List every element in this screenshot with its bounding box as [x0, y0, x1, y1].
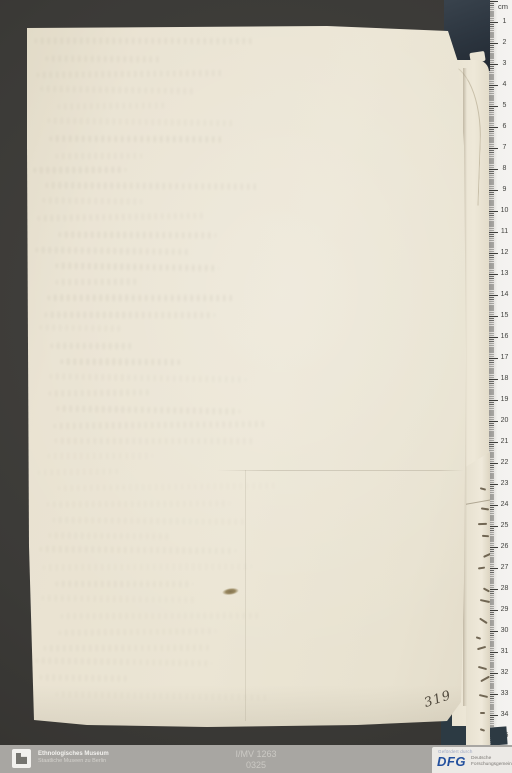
ruler-number: 15 [497, 312, 512, 320]
ruler-number: 19 [497, 396, 512, 404]
dfg-logo-block: Gefördert durch DFG Deutsche Forschungsg… [432, 747, 512, 773]
bleedthrough-row [61, 612, 259, 618]
vertical-crease [245, 470, 246, 721]
ruler-number: 27 [497, 564, 512, 572]
ruler-number: 23 [497, 480, 512, 488]
bleedthrough-row [57, 405, 240, 414]
bleedthrough-row [34, 167, 126, 173]
bleedthrough-row [42, 595, 197, 603]
ruler-number: 7 [497, 144, 512, 152]
bleedthrough-row [35, 658, 211, 667]
bleedthrough-row [58, 482, 276, 490]
bleedthrough-row [53, 517, 245, 525]
bleedthrough-row [48, 117, 235, 126]
ruler-number: 5 [497, 102, 512, 110]
ruler-number: 34 [497, 711, 512, 719]
bleedthrough-row [46, 55, 160, 62]
binding-cloth-corner [489, 726, 507, 745]
bleedthrough-row [59, 231, 216, 238]
ruler-number: 2 [497, 39, 512, 47]
ruler-number: 29 [497, 606, 512, 614]
bleedthrough-row [50, 135, 225, 142]
ruler: cm 1234567891011121314151617181920212223… [488, 0, 512, 745]
bleedthrough-row [40, 546, 236, 554]
stack-handwriting-mark [478, 666, 487, 670]
bleedthrough-row [44, 645, 209, 652]
stack-handwriting-mark [480, 712, 485, 714]
ruler-number: 4 [497, 81, 512, 89]
ruler-number: 21 [497, 438, 512, 446]
stack-handwriting-mark [476, 636, 481, 639]
bleedthrough-row [55, 438, 255, 444]
bleedthrough-row [35, 38, 252, 44]
bleedthrough-row [56, 263, 219, 272]
manuscript-page: 319 [27, 26, 466, 727]
ruler-number: 3 [497, 60, 512, 68]
ruler-number: 31 [497, 648, 512, 656]
ruler-number: 17 [497, 354, 512, 362]
bleedthrough-row [47, 500, 230, 507]
bleedthrough-row [59, 628, 216, 636]
stack-handwriting-mark [481, 507, 489, 510]
bleedthrough-row [38, 213, 207, 222]
bleedthrough-row [61, 359, 180, 366]
bleedthrough-row [40, 675, 130, 682]
bleedthrough-row [54, 421, 268, 429]
ruler-number: 28 [497, 585, 512, 593]
bleedthrough-row [48, 453, 153, 459]
stack-handwriting-mark [480, 599, 490, 603]
dfg-full-name: Deutsche Forschungsgemeinschaft [471, 756, 512, 767]
ruler-number: 12 [497, 249, 512, 257]
scan-viewport: cm 1234567891011121314151617181920212223… [0, 0, 512, 773]
bleedthrough-row [43, 198, 142, 205]
ruler-number: 11 [497, 228, 512, 236]
stack-handwriting-mark [479, 694, 488, 698]
ruler-number: 30 [497, 627, 512, 635]
ruler-number: 18 [497, 375, 512, 383]
stack-handwriting-mark [483, 588, 490, 593]
ruler-number: 9 [497, 186, 512, 194]
ruler-number: 32 [497, 669, 512, 677]
stack-handwriting-mark [479, 618, 488, 624]
ruler-number: 10 [497, 207, 512, 215]
bleedthrough-row [45, 311, 215, 317]
bleedthrough-row [50, 373, 246, 382]
ruler-number: 33 [497, 690, 512, 698]
bleedthrough-row [40, 325, 121, 332]
stack-handwriting-mark [480, 487, 487, 490]
ruler-number: 8 [497, 165, 512, 173]
ruler-number: 25 [497, 522, 512, 530]
bleedthrough-row [56, 691, 271, 701]
page-stack-edge [466, 452, 490, 745]
ruler-number: 13 [497, 270, 512, 278]
stack-handwriting-mark [477, 646, 487, 650]
ruler-number: 6 [497, 123, 512, 131]
bleedthrough-row [36, 247, 190, 255]
ruler-number: 22 [497, 459, 512, 467]
bleedthrough-row [56, 278, 137, 284]
ruler-number: 20 [497, 417, 512, 425]
bleedthrough-row [49, 389, 152, 396]
bleedthrough-text-area [27, 26, 466, 727]
ruler-number: 16 [497, 333, 512, 341]
ruler-unit-label: cm [495, 2, 511, 11]
bleedthrough-row [56, 580, 193, 586]
stack-handwriting-mark [478, 523, 487, 525]
stack-handwriting-mark [478, 566, 485, 569]
bleedthrough-row [48, 295, 234, 301]
stack-handwriting-mark [480, 676, 489, 682]
stack-handwriting-mark [480, 729, 485, 732]
ruler-number: 14 [497, 291, 512, 299]
bleedthrough-row [38, 469, 119, 476]
bleedthrough-row [58, 102, 165, 109]
bleedthrough-row [49, 532, 170, 539]
bleedthrough-row [56, 153, 142, 159]
bleedthrough-row [46, 182, 259, 189]
ruler-number: 24 [497, 501, 512, 509]
footer-bar: Ethnologisches Museum Staatliche Museen … [0, 745, 512, 773]
ruler-number: 26 [497, 543, 512, 551]
bleedthrough-row [41, 86, 196, 95]
dfg-name-line2: Forschungsgemeinschaft [471, 762, 512, 768]
bleedthrough-row [51, 343, 133, 349]
bleedthrough-row [37, 70, 224, 78]
stack-handwriting-mark [482, 535, 489, 537]
dfg-logo: DFG [437, 754, 466, 769]
bleedthrough-row [43, 564, 252, 571]
horizontal-crease [217, 470, 464, 471]
ruler-number: 1 [497, 18, 512, 26]
